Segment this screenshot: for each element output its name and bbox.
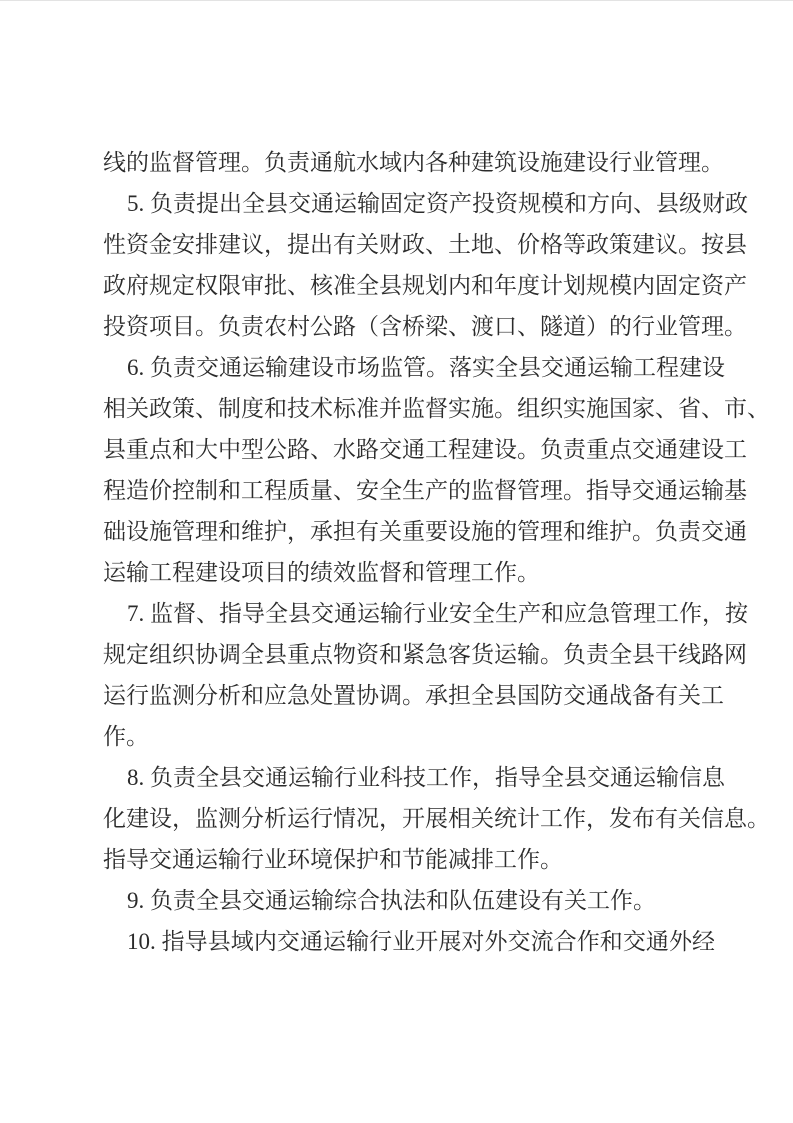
text-line: 线的监督管理。负责通航水域内各种建筑设施建设行业管理。 <box>103 142 715 183</box>
text-line: 运行监测分析和应急处置协调。承担全县国防交通战备有关工 <box>103 675 715 716</box>
paragraph-item-6: 6. 负责交通运输建设市场监管。落实全县交通运输工程建设 相关政策、制度和技术标… <box>103 347 715 593</box>
text-line: 指导交通运输行业环境保护和节能减排工作。 <box>103 839 715 880</box>
text-line: 5. 负责提出全县交通运输固定资产投资规模和方向、县级财政 <box>103 183 715 224</box>
text-line: 程造价控制和工程质量、安全生产的监督管理。指导交通运输基 <box>103 470 715 511</box>
paragraph-continued: 线的监督管理。负责通航水域内各种建筑设施建设行业管理。 <box>103 142 715 183</box>
document-page: 线的监督管理。负责通航水域内各种建筑设施建设行业管理。 5. 负责提出全县交通运… <box>0 0 793 1123</box>
paragraph-item-5: 5. 负责提出全县交通运输固定资产投资规模和方向、县级财政 性资金安排建议，提出… <box>103 183 715 347</box>
text-line: 性资金安排建议，提出有关财政、土地、价格等政策建议。按县 <box>103 224 715 265</box>
text-line: 政府规定权限审批、核准全县规划内和年度计划规模内固定资产 <box>103 265 715 306</box>
text-line: 相关政策、制度和技术标准并监督实施。组织实施国家、省、市、 <box>103 388 715 429</box>
paragraph-item-9: 9. 负责全县交通运输综合执法和队伍建设有关工作。 <box>103 880 715 921</box>
text-line: 10. 指导县域内交通运输行业开展对外交流合作和交通外经 <box>103 921 715 962</box>
text-line: 作。 <box>103 716 715 757</box>
text-line: 县重点和大中型公路、水路交通工程建设。负责重点交通建设工 <box>103 429 715 470</box>
text-line: 9. 负责全县交通运输综合执法和队伍建设有关工作。 <box>103 880 715 921</box>
text-line: 规定组织协调全县重点物资和紧急客货运输。负责全县干线路网 <box>103 634 715 675</box>
paragraph-item-7: 7. 监督、指导全县交通运输行业安全生产和应急管理工作，按 规定组织协调全县重点… <box>103 593 715 757</box>
text-line: 运输工程建设项目的绩效监督和管理工作。 <box>103 552 715 593</box>
text-line: 础设施管理和维护，承担有关重要设施的管理和维护。负责交通 <box>103 511 715 552</box>
text-line: 化建设，监测分析运行情况，开展相关统计工作，发布有关信息。 <box>103 798 715 839</box>
text-line: 7. 监督、指导全县交通运输行业安全生产和应急管理工作，按 <box>103 593 715 634</box>
text-line: 8. 负责全县交通运输行业科技工作，指导全县交通运输信息 <box>103 757 715 798</box>
paragraph-item-10: 10. 指导县域内交通运输行业开展对外交流合作和交通外经 <box>103 921 715 962</box>
text-line: 6. 负责交通运输建设市场监管。落实全县交通运输工程建设 <box>103 347 715 388</box>
paragraph-item-8: 8. 负责全县交通运输行业科技工作，指导全县交通运输信息 化建设，监测分析运行情… <box>103 757 715 880</box>
text-line: 投资项目。负责农村公路（含桥梁、渡口、隧道）的行业管理。 <box>103 306 715 347</box>
document-text-block: 线的监督管理。负责通航水域内各种建筑设施建设行业管理。 5. 负责提出全县交通运… <box>103 142 715 962</box>
